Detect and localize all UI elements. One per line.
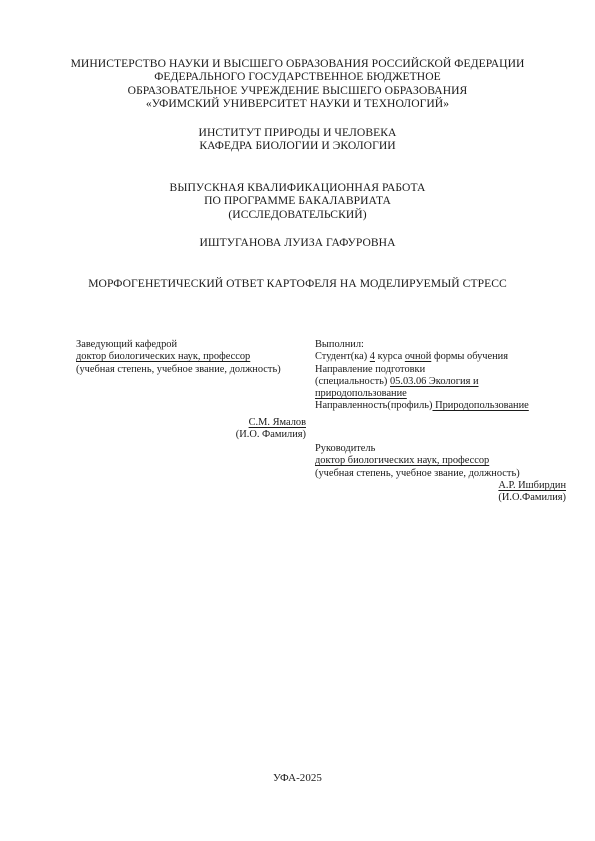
city-year: УФА-2025 [0, 772, 595, 785]
profile-line: Направленность(профиль) Природопользован… [315, 400, 529, 412]
work-type-block: ВЫПУСКНАЯ КВАЛИФИКАЦИОННАЯ РАБОТА ПО ПРО… [0, 181, 595, 221]
head-degree-hint: (учебная степень, учебное звание, должно… [76, 364, 301, 376]
student-line: Студент(ка) 4 курса очной формы обучения [315, 351, 529, 363]
specialty-value-cont: природопользование [315, 388, 407, 399]
institute-name: ИНСТИТУТ ПРИРОДЫ И ЧЕЛОВЕКА [0, 126, 595, 139]
head-name-hint: (И.О. Фамилия) [150, 429, 306, 441]
profile-value: Природопользование [432, 400, 528, 411]
performer-block: Выполнил: Студент(ка) 4 курса очной форм… [315, 339, 529, 413]
institute-block: ИНСТИТУТ ПРИРОДЫ И ЧЕЛОВЕКА КАФЕДРА БИОЛ… [0, 126, 595, 153]
department-name: КАФЕДРА БИОЛОГИИ И ЭКОЛОГИИ [0, 139, 595, 152]
header-line: ФЕДЕРАЛЬНОГО ГОСУДАРСТВЕННОЕ БЮДЖЕТНОЕ [0, 70, 595, 83]
work-type-line: (ИССЛЕДОВАТЕЛЬСКИЙ) [0, 208, 595, 221]
specialty-value: 05.03.06 Экология и [390, 376, 479, 387]
specialty-line: (специальность) 05.03.06 Экология и [315, 376, 529, 388]
head-degree: доктор биологических наук, профессор [76, 351, 301, 363]
supervisor-degree: доктор биологических наук, профессор [315, 455, 520, 467]
work-type-line: ВЫПУСКНАЯ КВАЛИФИКАЦИОННАЯ РАБОТА [0, 181, 595, 194]
work-type-line: ПО ПРОГРАММЕ БАКАЛАВРИАТА [0, 194, 595, 207]
head-name: С.М. Ямалов [249, 417, 306, 428]
author-name: ИШТУГАНОВА ЛУИЗА ГАФУРОВНА [0, 236, 595, 249]
supervisor-degree-hint: (учебная степень, учебное звание, должно… [315, 468, 520, 480]
supervisor-block: Руководитель доктор биологических наук, … [315, 443, 520, 480]
head-name-block: С.М. Ямалов (И.О. Фамилия) [150, 417, 306, 442]
head-of-department-block: Заведующий кафедрой доктор биологических… [76, 339, 301, 376]
header-line: «УФИМСКИЙ УНИВЕРСИТЕТ НАУКИ И ТЕХНОЛОГИЙ… [0, 97, 595, 110]
thesis-title: МОРФОГЕНЕТИЧЕСКИЙ ОТВЕТ КАРТОФЕЛЯ НА МОД… [0, 277, 595, 290]
performer-label: Выполнил: [315, 339, 529, 351]
supervisor-label: Руководитель [315, 443, 520, 455]
study-form-value: очной [405, 351, 431, 362]
direction-label: Направление подготовки [315, 364, 529, 376]
header-line: МИНИСТЕРСТВО НАУКИ И ВЫСШЕГО ОБРАЗОВАНИЯ… [0, 57, 595, 70]
head-label: Заведующий кафедрой [76, 339, 301, 351]
ministry-header: МИНИСТЕРСТВО НАУКИ И ВЫСШЕГО ОБРАЗОВАНИЯ… [0, 57, 595, 111]
supervisor-name-hint: (И.О.Фамилия) [400, 492, 566, 504]
supervisor-name-block: А.Р. Ишбирдин (И.О.Фамилия) [400, 480, 566, 505]
supervisor-name: А.Р. Ишбирдин [498, 480, 566, 491]
header-line: ОБРАЗОВАТЕЛЬНОЕ УЧРЕЖДЕНИЕ ВЫСШЕГО ОБРАЗ… [0, 84, 595, 97]
